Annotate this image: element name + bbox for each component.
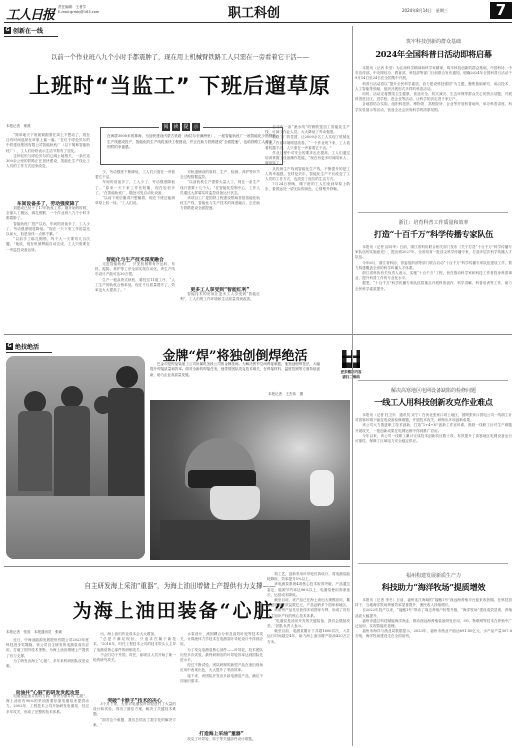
right-story-headline: 打造“十百千万”科学传播专家队伍: [355, 229, 512, 240]
photo-figure: [108, 388, 144, 498]
right-story-body: 本报讯（记者 杜卫东 通讯员 宋宁）在河北张家口坝上地区，国网张家口供电公司一线…: [355, 413, 512, 558]
photo-mask: [210, 486, 260, 520]
reading-tips-char: 阅: [162, 123, 170, 131]
top-story-col-3b: 智能技术的应用让更多工人享受到“智能红利”，工人们的工作环境和生活质量得到改善。: [180, 292, 260, 322]
workers-group-photo: [6, 356, 145, 559]
right-story-1: 筑牢科技创新的群众基础 2024年全国科普日活动即将启幕 本报讯（记者 朱莹）为…: [355, 38, 512, 214]
reading-tips-label: 阅 读 提 示: [159, 123, 203, 131]
section-divider: [4, 566, 350, 567]
masthead: 工人日报 责任编辑：王者学 E-mail:grrbkj@163.com 职工科创…: [0, 0, 515, 22]
photo-figure: [116, 366, 138, 388]
bottom-story-col-4: 构工艺，创新采用叶导轮仿真设计，将电潜泵能耗降低，效率提升5%以上。 该电潜泵系…: [267, 572, 350, 748]
right-story-kicker: 解决高寒地区电网设备缺陷的检修问题: [355, 387, 512, 394]
reading-tips-box: 阅 读 提 示 在海拔3000米的林海，为加快建设内蒙古铁路（海拉尔至满洲里），…: [100, 127, 283, 165]
right-story-body: 本报讯（记者 李冬）日前，福州连江海域的“福鲍1号”深远海养殖平台迎来收获期。在…: [355, 598, 512, 748]
right-story-2: 浙江：培育科普工作质量和效率 打造“十百千万”科学传播专家队伍 本报讯（记者 邱…: [355, 219, 512, 382]
bottom-story-col-3: 水泵设计、流固耦合分析及高效叶轮等技术攻关，计算流体力学技术在电潜泵叶导轮设计中…: [180, 632, 263, 727]
top-story-col-2b: 走进智能轨枕厂，只见机械臂有序运转，布料、振捣、养护等工序全部实现自动化。该生产…: [95, 262, 175, 322]
photo-figure: [61, 386, 83, 408]
photo-figure: [18, 411, 52, 491]
photo-figure: [54, 406, 90, 496]
right-story-kicker: 福州构建发展新质生产力: [355, 572, 512, 579]
right-story-lead: 本报讯（记者 朱莹）为弘扬科学精神和科学家精神，筑牢科技创新的群众基础，中国科协…: [355, 66, 512, 82]
bottom-story-byline: 本报记者 张嵩 本报通讯员 张硕: [6, 630, 62, 635]
column-tag-icon: G: [6, 343, 13, 350]
issue-date: 2024年8月14日 星期三: [402, 8, 448, 14]
photo-glove: [310, 470, 334, 506]
column-tag-innovation: G 创新在一线: [4, 26, 58, 37]
column-tag-label: 创新在一线: [13, 26, 43, 35]
right-story-4: 福州构建发展新质生产力 科技助力“海洋牧场”提质增效 本报讯（记者 李冬）日前，…: [355, 572, 512, 748]
right-story-lead: 本报讯（记者 邱向华）日前，浙江省科协联合相关部门发布《关于打造“十百千万”科学…: [355, 245, 512, 261]
reading-tips-char: 读: [172, 123, 180, 131]
page-number: 7: [490, 2, 512, 19]
section-divider: [358, 380, 508, 381]
welder-photo: [150, 400, 350, 560]
feature-summary-text: 巴金司是焊品装备工公司所属机务段公司的金牌技师。为解决狭窄空间焊接难题，他独创倒…: [150, 362, 320, 378]
bottom-story-col-1: 近日，中海油能源发展股份有限公司2023年度科技进步奖揭晓，该公司自主研发的电潜…: [6, 638, 89, 683]
top-story-byline: 本报记者 邢燕: [6, 124, 31, 129]
reading-tips-text: 在海拔3000米的林海，为加快建设内蒙古铁路（海拉尔至满洲里），一座智能轨枕厂一…: [107, 134, 276, 160]
column-tag-label: 绝技绝活: [15, 342, 39, 351]
right-story-kicker: 筑牢科技创新的群众基础: [355, 38, 512, 45]
right-story-headline: 科技助力“海洋牧场”提质增效: [355, 582, 512, 593]
newspaper-logo: 工人日报: [6, 4, 54, 23]
column-tag-icon: G: [4, 27, 11, 34]
section-divider: [358, 563, 508, 564]
right-story-body: 本报讯（记者 朱莹）为弘扬科学精神和科学家精神，筑牢科技创新的群众基础，中国科协…: [355, 66, 512, 214]
right-story-body: 本报讯（记者 邱向华）日前，浙江省科协联合相关部门发布《关于打造“十百千万”科学…: [355, 245, 512, 382]
top-story-kicker: 以前一个作业班八九个小时手都震肿了，现在用上机械臂铁路工人只需在一旁看着它干活—…: [10, 52, 350, 61]
right-story-lead: 本报讯（记者 杜卫东 通讯员 宋宁）在河北张家口坝上地区，国网张家口供电公司一线…: [355, 413, 512, 423]
photo-body: [160, 520, 310, 560]
bottom-story-col-2: 出，海上油田作业成本会大大增加。 “总是不满足现状，只追求归属于新技术。”201…: [93, 632, 176, 692]
bottom-story-col-1b: 电潜泵是油井的动力源，被誉为油井的“心脏”。海上油田有90%的采油需要依靠电潜泵…: [6, 694, 89, 748]
column-tag-skills: G 绝技绝活: [6, 342, 52, 353]
right-story-headline: 一线工人用科技创新攻克作业难点: [355, 397, 512, 408]
photo-figure: [24, 391, 46, 413]
editor-info: 责任编辑：王者学 E-mail:grrbkj@163.com: [58, 5, 118, 15]
right-story-3: 解决高寒地区电网设备缺陷的检修问题 一线工人用科技创新攻克作业难点 本报讯（记者…: [355, 387, 512, 558]
right-story-kicker: 浙江：培育科普工作质量和效率: [355, 219, 512, 226]
bottom-story-col-3b: 攻克了叶导轮、转子等关键部件设计难题。: [180, 737, 263, 748]
reading-tips-char: 提: [182, 123, 190, 131]
top-story-col-1b: 刘建成已经干了17年轨枕工作。刚开始的时候，全靠人工搬运、绑扎钢筋，一个作业班八…: [6, 206, 90, 321]
editor-email: E-mail:grrbkj@163.com: [58, 10, 118, 15]
column-divider: [352, 26, 353, 746]
section-divider: [358, 212, 508, 213]
reading-tips-char: 示: [192, 123, 200, 131]
bottom-story-col-2b: 3个月下来，大家对电潜泵叶导轮进行了大量的设计和试验，得出了最佳方案，解决了关键…: [93, 702, 176, 748]
section-title: 职工科创: [228, 2, 280, 21]
top-story-headline: 上班时“当监工” 下班后遛草原: [10, 70, 350, 100]
feature-summary: 巴金司是焊品装备工公司所属机务段公司的金牌技师。为解决狭窄空间焊接难题，他独创倒…: [150, 362, 320, 390]
masthead-rule: [4, 22, 512, 23]
feature-photo-credit: 本报记者 王杰伟 摄: [268, 392, 303, 397]
right-story-headline: 2024年全国科普日活动即将启幕: [355, 49, 512, 60]
right-story-lead: 本报讯（记者 李冬）日前，福州连江海域的“福鲍1号”深远海养殖平台迎来收获期。在…: [355, 598, 512, 608]
photo-table: [6, 496, 145, 559]
bottom-subhead-3: 打造海上采油“重器”: [180, 730, 263, 737]
top-story-col-4: 自动化一条“流水线”的钢筋笼加工智能化生产线，可减少作业人员，大大降低了劳动强度…: [265, 125, 350, 322]
